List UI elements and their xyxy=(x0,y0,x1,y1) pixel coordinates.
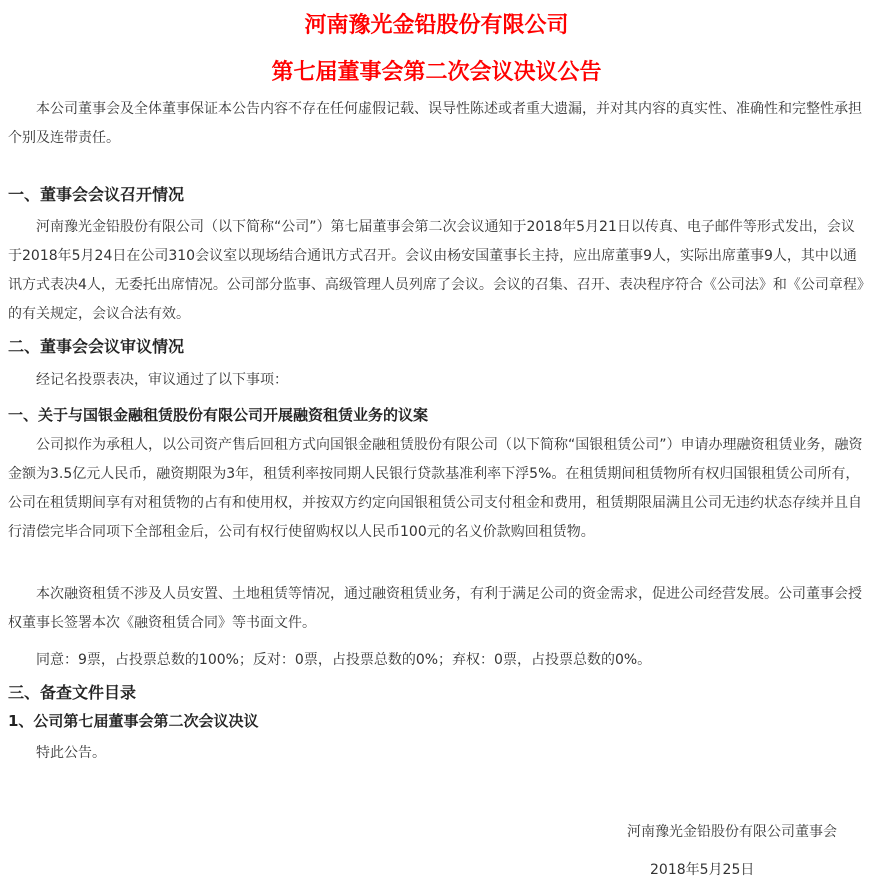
company-title: 河南豫光金铅股份有限公司 xyxy=(0,8,873,39)
section-heading-meeting-review: 二、董事会会议审议情况 xyxy=(8,335,184,359)
issuer-signature: 河南豫光金铅股份有限公司董事会 xyxy=(627,822,837,842)
intro-paragraph: 本公司董事会及全体董事保证本公告内容不存在任何虚假记载、误导性陈述或者重大遗漏，… xyxy=(8,95,864,153)
motion-heading-leasing: 一、关于与国银金融租赁股份有限公司开展融资租赁业务的议案 xyxy=(8,403,428,427)
announcement-date: 2018年5月25日 xyxy=(650,860,754,880)
review-intro-paragraph: 经记名投票表决，审议通过了以下事项： xyxy=(8,366,864,395)
reference-document-item-1: 1、公司第七届董事会第二次会议决议 xyxy=(8,709,258,733)
meeting-convening-paragraph: 河南豫光金铅股份有限公司（以下简称“公司”）第七届董事会第二次会议通知于2018… xyxy=(8,213,864,329)
announcement-title: 第七届董事会第二次会议决议公告 xyxy=(0,55,873,86)
closing-paragraph: 特此公告。 xyxy=(8,739,864,768)
motion-leasing-paragraph-2: 本次融资租赁不涉及人员安置、土地租赁等情况，通过融资租赁业务，有利于满足公司的资… xyxy=(8,580,864,638)
motion-leasing-paragraph-1: 公司拟作为承租人，以公司资产售后回租方式向国银金融租赁股份有限公司（以下简称“国… xyxy=(8,431,864,547)
section-heading-reference-documents: 三、备查文件目录 xyxy=(8,681,136,705)
section-heading-meeting-convening: 一、董事会会议召开情况 xyxy=(8,183,184,207)
vote-result-paragraph: 同意：9票，占投票总数的100%；反对：0票，占投票总数的0%；弃权：0票，占投… xyxy=(8,646,864,675)
